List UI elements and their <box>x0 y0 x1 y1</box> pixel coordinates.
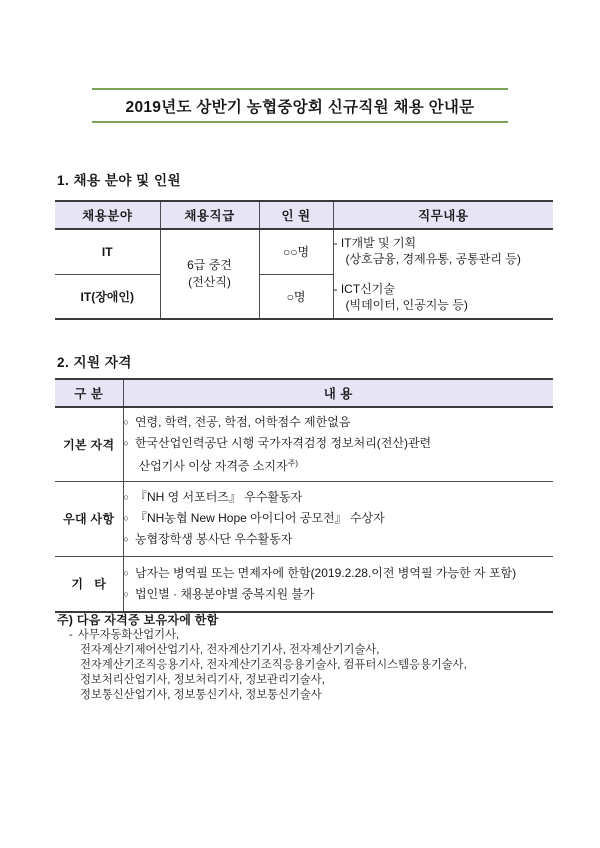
list-item: ○연령, 학력, 전공, 학점, 어학점수 제한없음 <box>124 412 554 433</box>
duty1-detail: (상호금융, 경제유통, 공통관리 등) <box>334 251 554 267</box>
section2-heading: 2. 지원 자격 <box>57 351 132 371</box>
footnote-heading: 주) 다음 자격증 보유자에 한함 <box>57 612 553 628</box>
table-row-etc: 기 타 ○남자는 병역필 또는 면제자에 한함(2019.2.28.이전 병역필… <box>55 556 553 612</box>
duty1-title: - IT개발 및 기획 <box>334 235 554 251</box>
preference-items: ○『NH 영 서포터즈』 우수활동자 ○『NH농협 New Hope 아이디어 … <box>123 481 553 556</box>
section1-heading: 1. 채용 분야 및 인원 <box>57 169 181 189</box>
footnote-text: 사무자동화산업기사, <box>78 629 179 641</box>
cell-count-it-disabled: ○명 <box>259 274 333 319</box>
list-item-text: 『NH 영 서포터즈』 우수활동자 <box>135 490 302 504</box>
circle-bullet: ○ <box>124 584 129 604</box>
list-item-text: 한국산업인력공단 시행 국가자격검정 정보처리(전산)관련 <box>135 436 431 450</box>
col-header-duty: 직무내용 <box>333 201 553 229</box>
dash-bullet: - <box>69 629 73 641</box>
cell-field-it: IT <box>55 229 160 274</box>
list-item: ○『NH농협 New Hope 아이디어 공모전』 수상자 <box>124 508 554 529</box>
list-item-text: 산업기사 이상 자격증 소지자 <box>139 459 288 473</box>
label-etc: 기 타 <box>55 556 123 612</box>
footnote-line: 전자계산기조직응용기사, 전자계산기조직응용기술사, 컴퓨터시스템응용기술사, <box>57 658 553 673</box>
list-item: ○한국산업인력공단 시행 국가자격검정 정보처리(전산)관련 <box>124 433 554 454</box>
list-item: ○농협장학생 봉사단 우수활동자 <box>124 529 554 550</box>
list-item-continuation: 산업기사 이상 자격증 소지자주) <box>124 454 554 476</box>
cell-duty: - IT개발 및 기획 (상호금융, 경제유통, 공통관리 등) - ICT신기… <box>333 229 553 319</box>
duty2-detail: (빅데이터, 인공지능 등) <box>334 297 554 313</box>
list-item-text: 남자는 병역필 또는 면제자에 한함(2019.2.28.이전 병역필 가능한 … <box>135 566 516 580</box>
circle-bullet: ○ <box>124 508 129 528</box>
list-item-text: 연령, 학력, 전공, 학점, 어학점수 제한없음 <box>135 415 350 429</box>
circle-bullet: ○ <box>124 563 129 583</box>
col-header-count: 인 원 <box>259 201 333 229</box>
list-item: ○『NH 영 서포터즈』 우수활동자 <box>124 487 554 508</box>
cell-grade: 6급 중견 (전산직) <box>160 229 259 319</box>
qualification-table: 구 분 내 용 기본 자격 ○연령, 학력, 전공, 학점, 어학점수 제한없음… <box>55 378 553 613</box>
grade-line2: (전산직) <box>161 274 259 291</box>
footnote-line: 정보통신산업기사, 정보통신기사, 정보통신기술사 <box>57 688 553 703</box>
label-preference: 우대 사항 <box>55 481 123 556</box>
col-header-grade: 채용직급 <box>160 201 259 229</box>
grade-line1: 6급 중견 <box>161 257 259 274</box>
label-basic: 기본 자격 <box>55 407 123 481</box>
col-header-category: 구 분 <box>55 379 123 407</box>
page-title: 2019년도 상반기 농협중앙회 신규직원 채용 안내문 <box>126 95 475 117</box>
qualification-table-header-row: 구 분 내 용 <box>55 379 553 407</box>
table-row-it: IT 6급 중견 (전산직) ○○명 - IT개발 및 기획 (상호금융, 경제… <box>55 229 553 274</box>
footnote-reference: 주) <box>288 459 298 468</box>
col-header-field: 채용분야 <box>55 201 160 229</box>
circle-bullet: ○ <box>124 433 129 453</box>
list-item: ○남자는 병역필 또는 면제자에 한함(2019.2.28.이전 병역필 가능한… <box>124 563 554 584</box>
basic-items: ○연령, 학력, 전공, 학점, 어학점수 제한없음 ○한국산업인력공단 시행 … <box>123 407 553 481</box>
footnote-line: -사무자동화산업기사, <box>57 628 553 643</box>
recruitment-table: 채용분야 채용직급 인 원 직무내용 IT 6급 중견 (전산직) ○○명 <box>55 200 553 320</box>
footnote-section: 주) 다음 자격증 보유자에 한함 -사무자동화산업기사, 전자계산기제어산업기… <box>57 612 553 703</box>
col-header-content: 내 용 <box>123 379 553 407</box>
recruitment-table-header-row: 채용분야 채용직급 인 원 직무내용 <box>55 201 553 229</box>
circle-bullet: ○ <box>124 412 129 432</box>
title-banner: 2019년도 상반기 농협중앙회 신규직원 채용 안내문 <box>92 88 508 123</box>
etc-items: ○남자는 병역필 또는 면제자에 한함(2019.2.28.이전 병역필 가능한… <box>123 556 553 612</box>
list-item-text: 법인별 · 채용분야별 중복지원 불가 <box>135 587 315 601</box>
document-page: 2019년도 상반기 농협중앙회 신규직원 채용 안내문 1. 채용 분야 및 … <box>0 0 600 848</box>
cell-field-it-disabled: IT(장애인) <box>55 274 160 319</box>
list-item: ○법인별 · 채용분야별 중복지원 불가 <box>124 584 554 605</box>
duty-item-1: - IT개발 및 기획 (상호금융, 경제유통, 공통관리 등) <box>334 235 554 267</box>
list-item-text: 농협장학생 봉사단 우수활동자 <box>135 532 292 546</box>
list-item-text: 『NH농협 New Hope 아이디어 공모전』 수상자 <box>135 511 385 525</box>
footnote-line: 정보처리산업기사, 정보처리기사, 정보관리기술사, <box>57 673 553 688</box>
table-row-preference: 우대 사항 ○『NH 영 서포터즈』 우수활동자 ○『NH농협 New Hope… <box>55 481 553 556</box>
footnote-line: 전자계산기제어산업기사, 전자계산기기사, 전자계산기기술사, <box>57 643 553 658</box>
circle-bullet: ○ <box>124 529 129 549</box>
cell-count-it: ○○명 <box>259 229 333 274</box>
circle-bullet: ○ <box>124 487 129 507</box>
duty2-title: - ICT신기술 <box>334 281 554 297</box>
duty-item-2: - ICT신기술 (빅데이터, 인공지능 등) <box>334 281 554 313</box>
table-row-basic: 기본 자격 ○연령, 학력, 전공, 학점, 어학점수 제한없음 ○한국산업인력… <box>55 407 553 481</box>
